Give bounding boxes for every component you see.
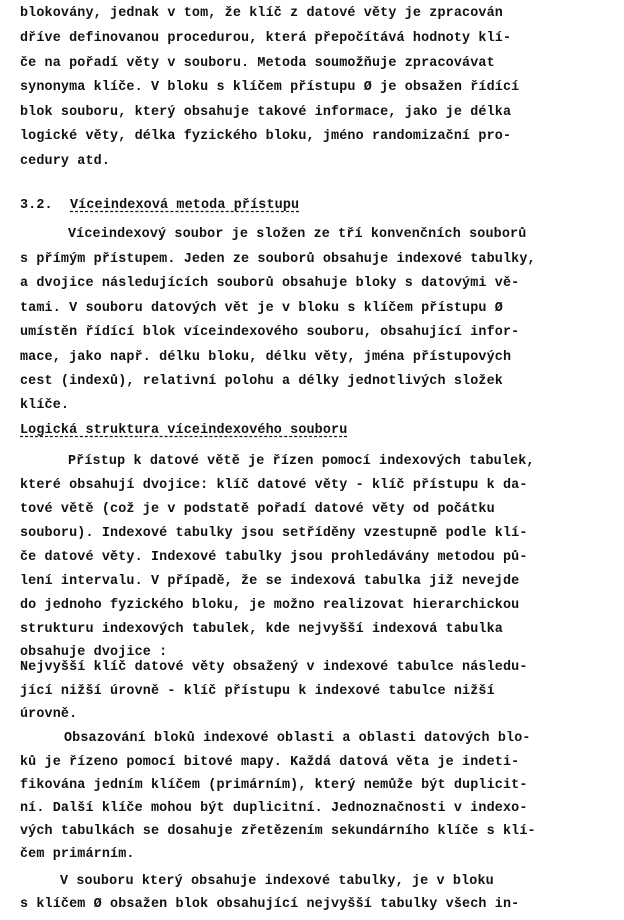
text-line: cedury atd. — [20, 152, 110, 172]
text-line: tami. V souboru datových vět je v bloku … — [20, 299, 503, 319]
text-line: ků je řízeno pomocí bitové mapy. Každá d… — [20, 753, 519, 773]
text-line: úrovně. — [20, 705, 77, 725]
text-line: če na pořadí věty v souboru. Metoda soum… — [20, 54, 495, 74]
text-line: a dvojice následujících souborů obsahuje… — [20, 274, 519, 294]
text-line: mace, jako např. délku bloku, délku věty… — [20, 348, 511, 368]
section-number: 3.2. — [20, 196, 53, 216]
text-line: cest (indexů), relativní polohu a délky … — [20, 372, 503, 392]
text-line: souboru). Indexové tabulky jsou setříděn… — [20, 524, 528, 544]
text-line: če datové věty. Indexové tabulky jsou pr… — [20, 548, 528, 568]
text-line: s přímým přístupem. Jeden ze souborů obs… — [20, 250, 536, 270]
text-line: ní. Další klíče mohou být duplicitní. Je… — [20, 799, 528, 819]
text-line: V souboru který obsahuje indexové tabulk… — [60, 872, 494, 892]
text-line: s klíčem Ø obsažen blok obsahující nejvy… — [20, 895, 519, 915]
subheading: Logická struktura víceindexového souboru — [20, 421, 347, 441]
text-line: klíče. — [20, 396, 69, 416]
text-line: Víceindexový soubor je složen ze tří kon… — [68, 225, 526, 245]
text-line: logické věty, délka fyzického bloku, jmé… — [20, 127, 511, 147]
text-line: umístěn řídící blok víceindexového soubo… — [20, 323, 519, 343]
text-line: Nejvyšší klíč datové věty obsažený v ind… — [20, 658, 528, 678]
text-line: které obsahují dvojice: klíč datové věty… — [20, 476, 528, 496]
text-line: jící nižší úrovně - klíč přístupu k inde… — [20, 682, 495, 702]
text-line: fikována jedním klíčem (primárním), kter… — [20, 776, 528, 796]
text-line: blok souboru, který obsahuje takové info… — [20, 103, 511, 123]
text-line: dříve definovanou procedurou, která přep… — [20, 29, 511, 49]
text-line: vých tabulkách se dosahuje zřetězením se… — [20, 822, 536, 842]
text-line: strukturu indexových tabulek, kde nejvyš… — [20, 620, 503, 640]
text-line: lení intervalu. V případě, že se indexov… — [20, 572, 519, 592]
text-line: synonyma klíče. V bloku s klíčem přístup… — [20, 78, 519, 98]
text-line: blokovány, jednak v tom, že klíč z datov… — [20, 4, 503, 24]
section-title: Víceindexová metoda přístupu — [70, 196, 299, 216]
text-line: do jednoho fyzického bloku, je možno rea… — [20, 596, 519, 616]
scanned-document-page: blokovány, jednak v tom, že klíč z datov… — [0, 0, 624, 920]
text-line: tové větě (což je v podstatě pořadí dato… — [20, 500, 495, 520]
text-line: Obsazování bloků indexové oblasti a obla… — [64, 729, 531, 749]
text-line: čem primárním. — [20, 845, 135, 865]
text-line: Přístup k datové větě je řízen pomocí in… — [68, 452, 535, 472]
